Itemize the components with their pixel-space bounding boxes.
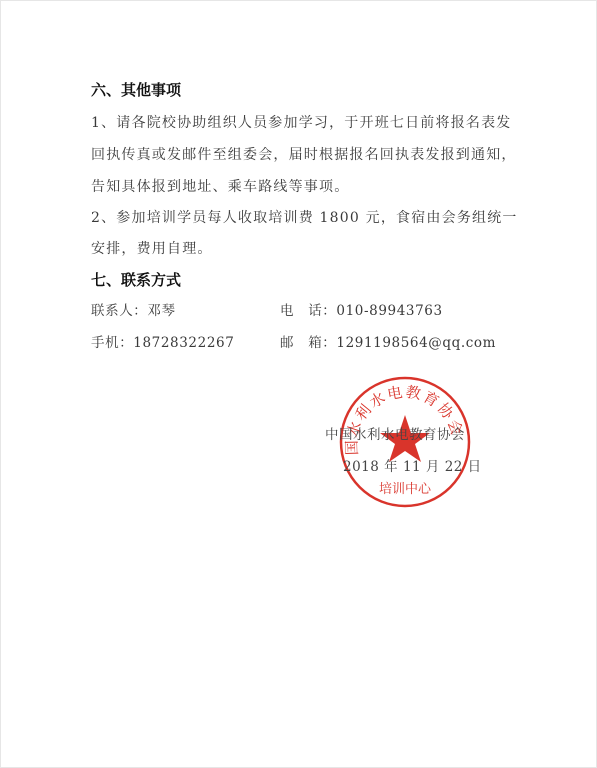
item-1-line-1: 1、请各院校协助组织人员参加学习，于开班七日前将报名表发: [91, 112, 512, 132]
contact-person: 联系人：邓琴: [91, 299, 176, 319]
email: 邮 箱：1291198564@qq.com: [280, 331, 496, 351]
signature-organization: 中国水利水电教育协会: [325, 423, 465, 443]
signature-date: 2018 年 11 月 22 日: [343, 455, 482, 475]
item-1-line-3: 告知具体报到地址、乘车路线等事项。: [91, 176, 349, 196]
section-7-heading: 七、联系方式: [91, 269, 181, 290]
mobile: 手机：18728322267: [91, 331, 234, 351]
section-6-heading: 六、其他事项: [91, 79, 181, 100]
document-page: 六、其他事项 1、请各院校协助组织人员参加学习，于开班七日前将报名表发 回执传真…: [0, 0, 597, 768]
phone: 电 话：010-89943763: [280, 299, 443, 319]
item-1-line-2: 回执传真或发邮件至组委会，届时根据报名回执表发报到通知，: [91, 144, 517, 164]
seal-bottom-text: 培训中心: [379, 481, 432, 497]
item-2-line-1: 2、参加培训学员每人收取培训费 1800 元，食宿由会务组统一: [91, 207, 518, 227]
item-2-line-2: 安排，费用自理。: [91, 238, 213, 258]
